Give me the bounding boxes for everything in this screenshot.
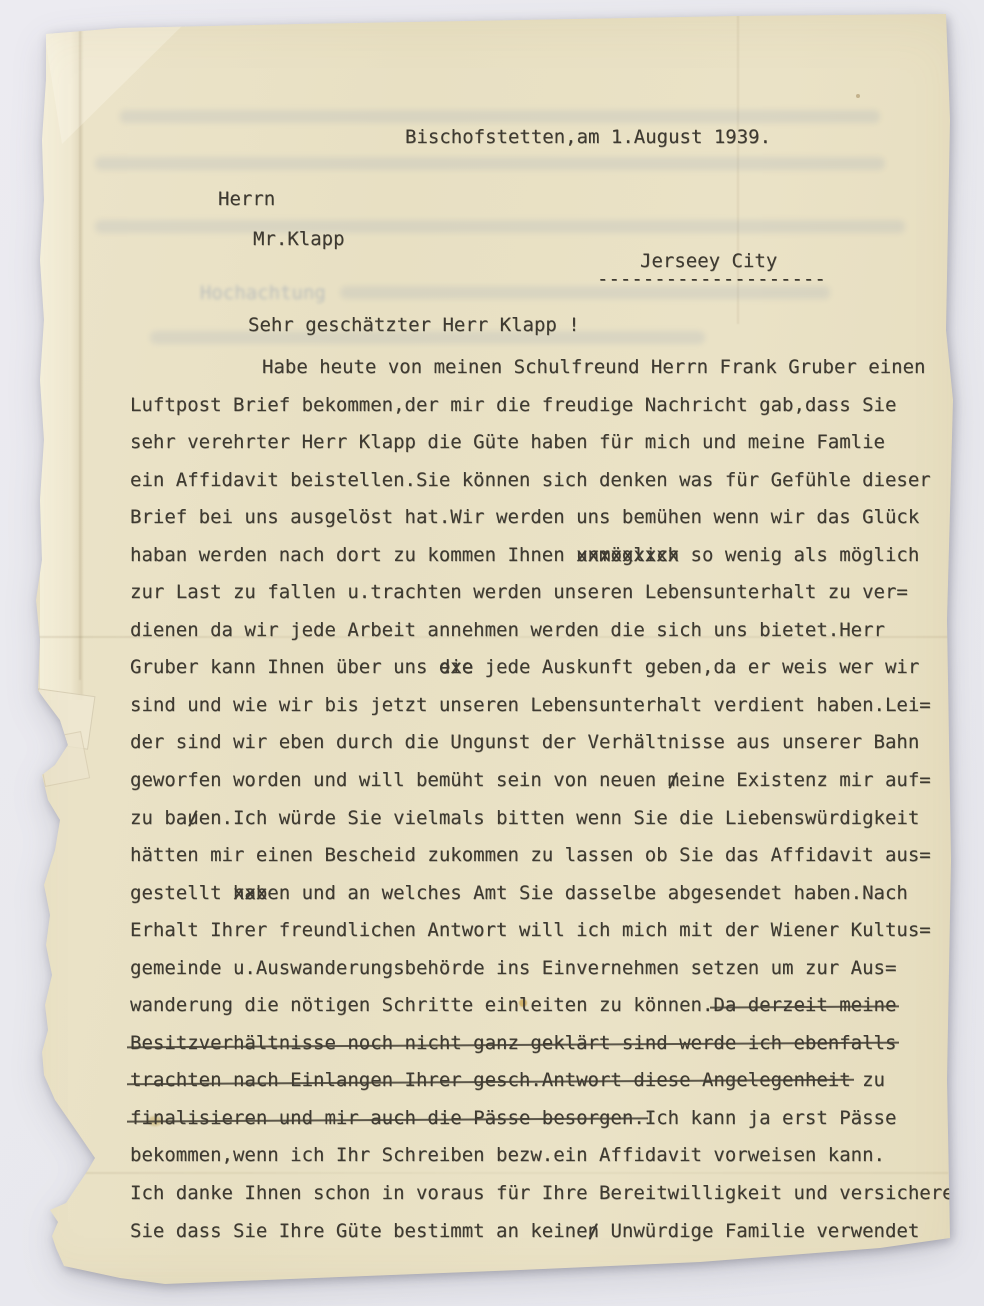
letter-line: der sind wir eben durch die Ungunst der … bbox=[0, 724, 984, 762]
body-text: gemeinde u.Auswanderungsbehörde ins Einv… bbox=[130, 957, 896, 979]
letter-body: Habe heute von meinen Schulfreund Herrn … bbox=[0, 349, 984, 1250]
body-text: gestellt bbox=[130, 882, 233, 904]
overtyped-text: u bbox=[187, 800, 198, 838]
struck-text: Besitzverhältnisse noch nicht ganz geklä… bbox=[130, 1032, 896, 1054]
struck-text: finalisieren und mir auch die Pässe beso… bbox=[130, 1107, 645, 1129]
body-text: Unwürdige Familie verwendet bbox=[599, 1220, 919, 1242]
letter-line: wanderung die nötigen Schritte einleiten… bbox=[0, 987, 984, 1025]
letter-line: bekommen,wenn ich Ihr Schreiben bezw.ein… bbox=[0, 1137, 984, 1175]
paper-speck bbox=[58, 1198, 61, 1201]
body-text: eine Existenz mir auf= bbox=[679, 769, 931, 791]
body-text: en.Ich würde Sie vielmals bitten wenn Si… bbox=[199, 807, 920, 829]
overtyped-text: hab bbox=[233, 875, 267, 913]
city-underline: -------------------- bbox=[597, 268, 826, 290]
letter-line: gemeinde u.Auswanderungsbehörde ins Einv… bbox=[0, 950, 984, 988]
body-text: haban werden nach dort zu kommen Ihnen bbox=[130, 544, 576, 566]
body-text: Luftpost Brief bekommen,der mir die freu… bbox=[130, 394, 896, 416]
body-text: Ich kann ja erst Pässe bbox=[645, 1107, 897, 1129]
letter-line: Luftpost Brief bekommen,der mir die freu… bbox=[0, 387, 984, 425]
letter-line: gestellt haben und an welches Amt Sie da… bbox=[0, 875, 984, 913]
letter-line: trachten nach Einlangen Ihrer gesch.Antw… bbox=[0, 1062, 984, 1100]
body-text: so wenig als möglich bbox=[679, 544, 919, 566]
bleed-through-line bbox=[120, 110, 880, 123]
bleed-through-line bbox=[95, 220, 905, 233]
body-text: bekommen,wenn ich Ihr Schreiben bezw.ein… bbox=[130, 1144, 885, 1166]
recipient-title: Herrn bbox=[218, 188, 275, 210]
top-left-corner-fold bbox=[44, 24, 194, 154]
letter-line: sind und wie wir bis jetzt unseren Leben… bbox=[0, 687, 984, 725]
body-text: der sind wir eben durch die Ungunst der … bbox=[130, 731, 919, 753]
letter-line: geworfen worden und will bemüht sein von… bbox=[0, 762, 984, 800]
overtyped-text: m bbox=[668, 762, 679, 800]
body-text: zu bbox=[851, 1069, 885, 1091]
salutation: Sehr geschätzter Herr Klapp ! bbox=[248, 314, 580, 336]
body-text: hätten mir einen Bescheid zukommen zu la… bbox=[130, 844, 931, 866]
letter-line: sehr verehrter Herr Klapp die Güte haben… bbox=[0, 424, 984, 462]
letter-line: Ich danke Ihnen schon in voraus für Ihre… bbox=[0, 1175, 984, 1213]
letter-line: finalisieren und mir auch die Pässe beso… bbox=[0, 1100, 984, 1138]
letter-line: dienen da wir jede Arbeit annehmen werde… bbox=[0, 612, 984, 650]
letter-paper-wrapper: Hochachtung Bischofstetten,am 1.August 1… bbox=[0, 0, 984, 1306]
letter-line: hätten mir einen Bescheid zukommen zu la… bbox=[0, 837, 984, 875]
letter-line: haban werden nach dort zu kommen Ihnen u… bbox=[0, 537, 984, 575]
bleed-through-line bbox=[95, 157, 885, 170]
struck-text: trachten nach Einlangen Ihrer gesch.Antw… bbox=[130, 1069, 851, 1091]
letter-line: Gruber kann Ihnen über uns die jede Ausk… bbox=[0, 649, 984, 687]
body-text: ein Affidavit beistellen.Sie können sich… bbox=[130, 469, 931, 491]
body-text: sind und wie wir bis jetzt unseren Leben… bbox=[130, 694, 931, 716]
overtyped-text: die bbox=[439, 649, 473, 687]
overtyped-text: n bbox=[588, 1213, 599, 1251]
paper-speck bbox=[44, 796, 47, 799]
struck-text: Da derzeit meine bbox=[713, 994, 896, 1016]
letter-line: zu bauen.Ich würde Sie vielmals bitten w… bbox=[0, 800, 984, 838]
body-text: Gruber kann Ihnen über uns bbox=[130, 656, 439, 678]
body-text: Habe heute von meinen Schulfreund Herrn … bbox=[262, 356, 925, 378]
scan-background: { "page": { "background_color": "#e9e9ee… bbox=[0, 0, 984, 1306]
recipient-name: Mr.Klapp bbox=[253, 228, 345, 250]
body-text: jede Auskunft geben,da er weis wer wir bbox=[473, 656, 919, 678]
body-text: Sie dass Sie Ihre Güte bestimmt an keine bbox=[130, 1220, 588, 1242]
overtyped-text: unmöglich bbox=[576, 537, 679, 575]
letter-paper: Hochachtung Bischofstetten,am 1.August 1… bbox=[0, 0, 984, 1306]
letter-line: Sie dass Sie Ihre Güte bestimmt an keine… bbox=[0, 1213, 984, 1251]
bleed-through-word: Hochachtung bbox=[200, 282, 326, 304]
body-text: zur Last zu fallen u.trachten werden uns… bbox=[130, 581, 908, 603]
body-text: geworfen worden und will bemüht sein von… bbox=[130, 769, 668, 791]
paper-speck bbox=[856, 94, 860, 98]
letter-line: ein Affidavit beistellen.Sie können sich… bbox=[0, 462, 984, 500]
paper-speck bbox=[42, 852, 45, 855]
letter-line: zur Last zu fallen u.trachten werden uns… bbox=[0, 574, 984, 612]
body-text: dienen da wir jede Arbeit annehmen werde… bbox=[130, 619, 885, 641]
paper-speck bbox=[50, 824, 53, 827]
body-text: Erhalt Ihrer freundlichen Antwort will i… bbox=[130, 919, 931, 941]
letter-line: Habe heute von meinen Schulfreund Herrn … bbox=[0, 349, 984, 387]
letter-line: Besitzverhältnisse noch nicht ganz geklä… bbox=[0, 1025, 984, 1063]
letter-line: Brief bei uns ausgelöst hat.Wir werden u… bbox=[0, 499, 984, 537]
date-line: Bischofstetten,am 1.August 1939. bbox=[405, 126, 771, 148]
body-text: en und an welches Amt Sie dasselbe abges… bbox=[267, 882, 908, 904]
body-text: Ich danke Ihnen schon in voraus für Ihre… bbox=[130, 1182, 954, 1204]
letter-line: Erhalt Ihrer freundlichen Antwort will i… bbox=[0, 912, 984, 950]
body-text: sehr verehrter Herr Klapp die Güte haben… bbox=[130, 431, 885, 453]
body-text: zu ba bbox=[130, 807, 187, 829]
body-text: wanderung die nötigen Schritte einleiten… bbox=[130, 994, 713, 1016]
body-text: Brief bei uns ausgelöst hat.Wir werden u… bbox=[130, 506, 919, 528]
